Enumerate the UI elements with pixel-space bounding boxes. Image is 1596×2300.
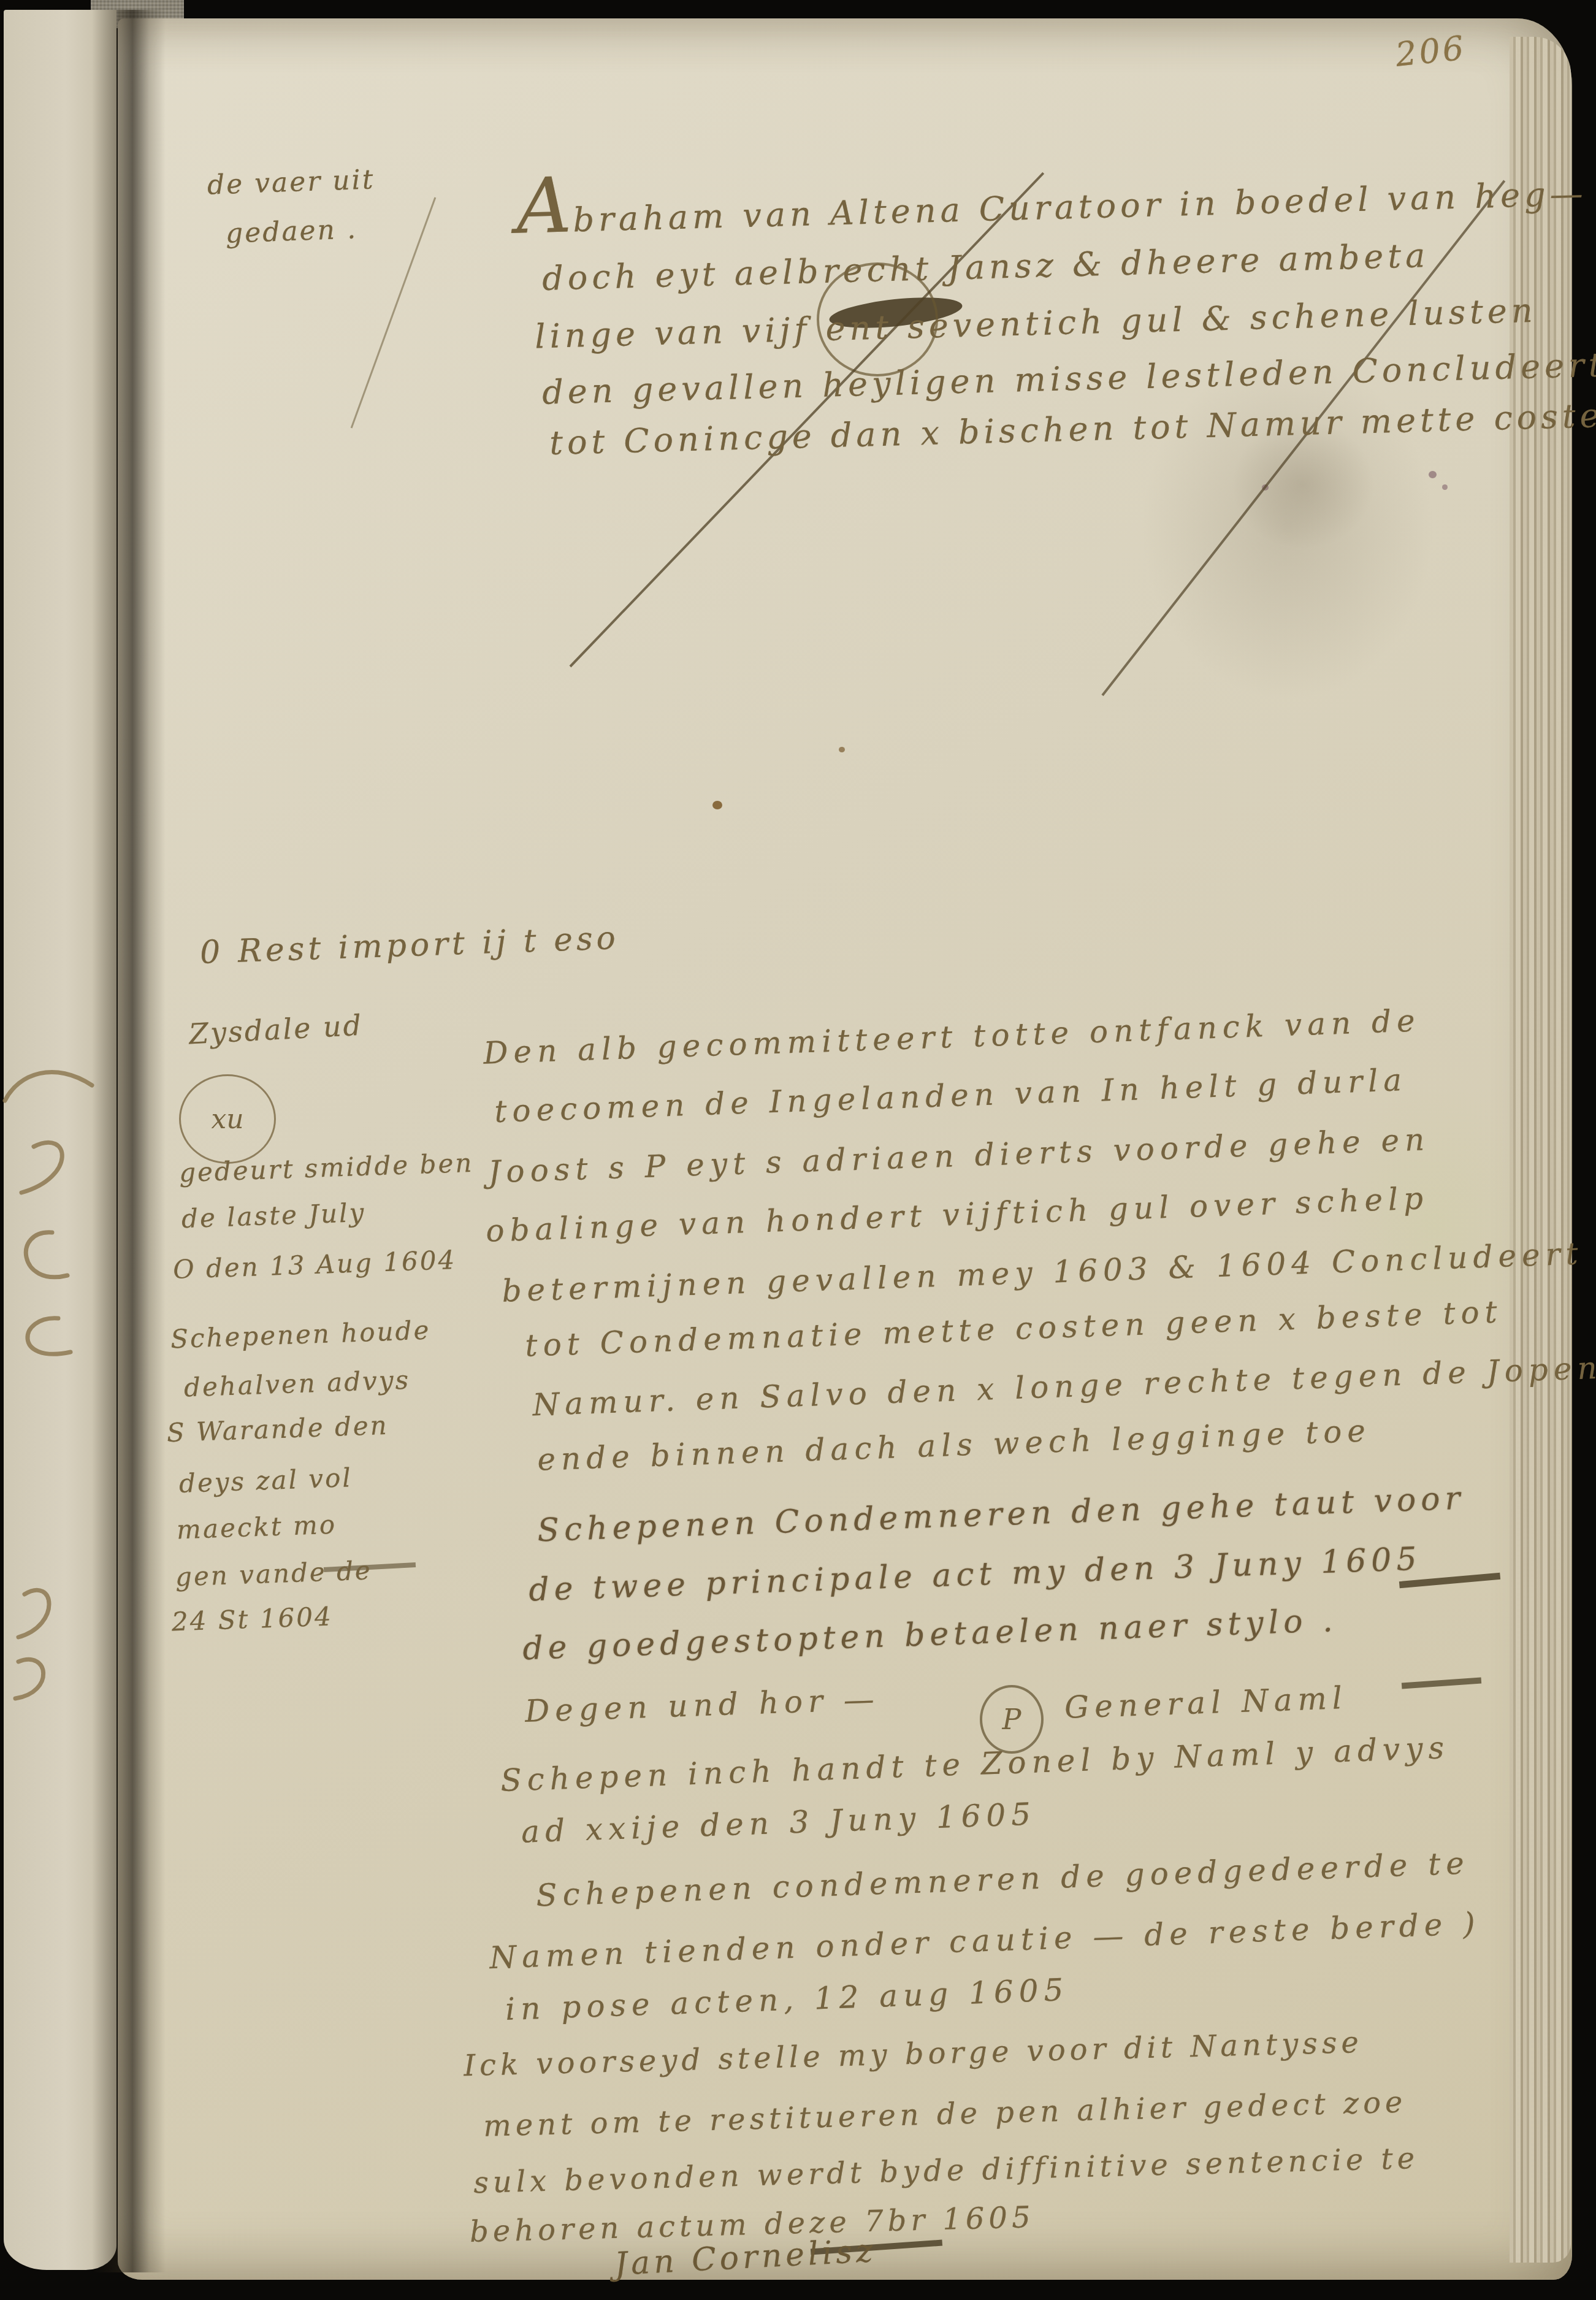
circled-mark-text: xu <box>211 1104 243 1135</box>
photographed-manuscript-page: 206 de vaer uit gedaen . Abraham van Alt… <box>0 0 1596 2300</box>
margin-note-line: de vaer uit <box>207 164 375 201</box>
foxing-dot <box>839 747 845 752</box>
mold-speck <box>1442 484 1448 490</box>
mold-speck <box>1429 471 1437 478</box>
margin-block2-line: de laste July <box>181 1198 366 1234</box>
margin-block3-line: maeckt mo <box>176 1509 337 1545</box>
circled-mark: P <box>980 1685 1044 1754</box>
margin-note-line: gedaen . <box>225 213 358 249</box>
gutter-shadow <box>92 10 166 2272</box>
margin-block3-line: deys zal vol <box>178 1462 353 1499</box>
circled-mark: xu <box>179 1074 276 1164</box>
page-number: 206 <box>1394 28 1468 74</box>
margin-block3-line: 24 St 1604 <box>171 1601 333 1637</box>
circled-mark-text: P <box>1002 1703 1021 1736</box>
foxing-dot <box>712 801 722 809</box>
previous-page-ink <box>0 1055 98 1705</box>
